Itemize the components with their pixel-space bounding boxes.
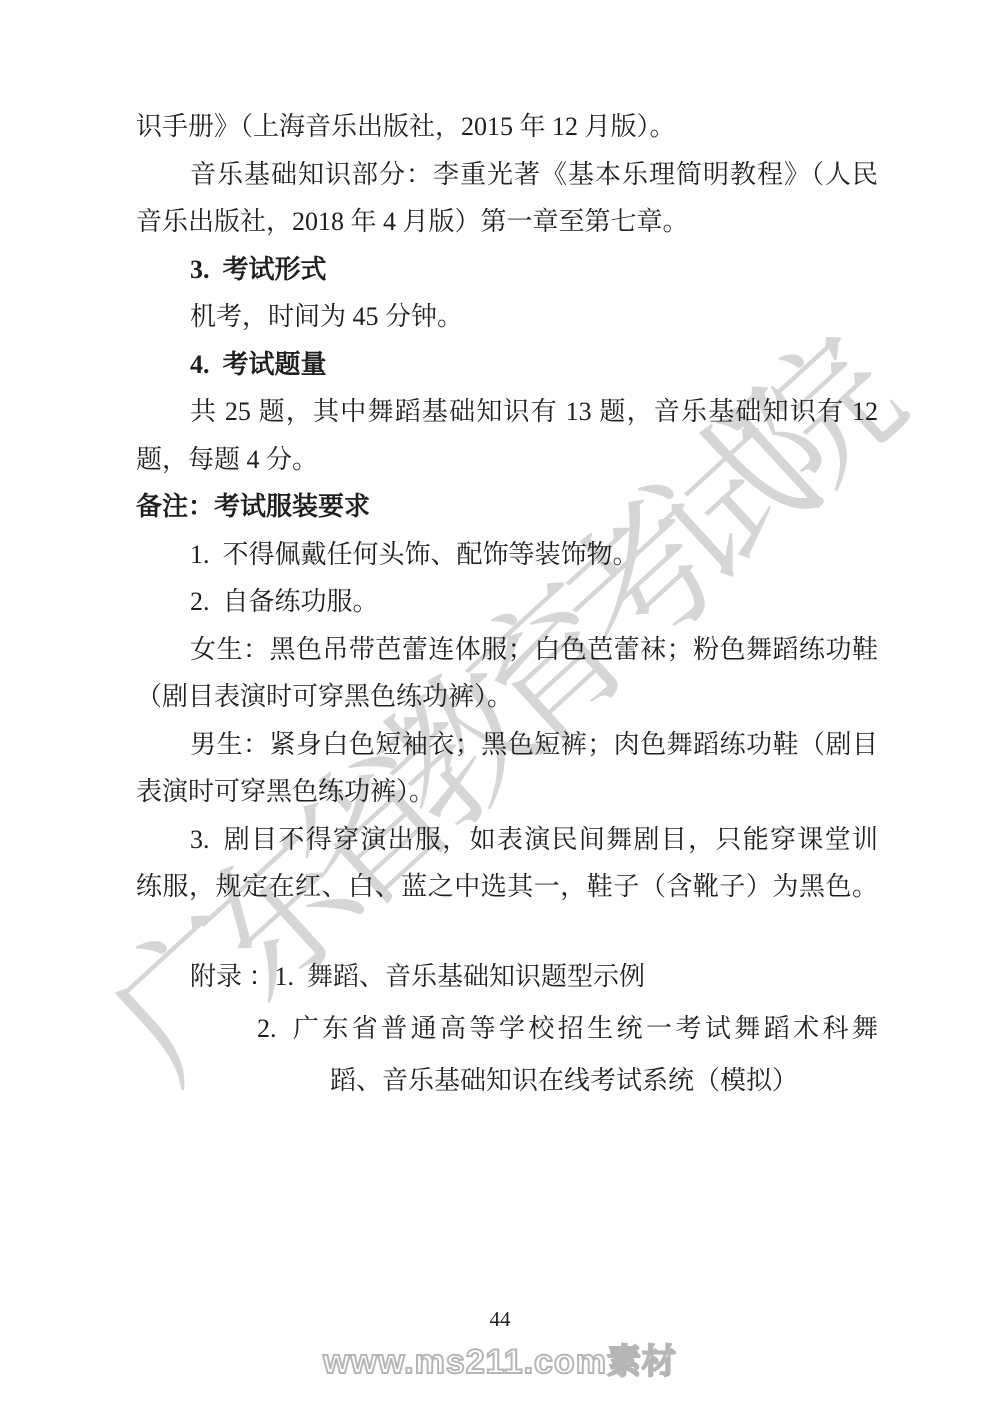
document-body: 识手册》（上海音乐出版社，2015 年 12 月版）。 音乐基础知识部分：李重光… <box>136 103 878 1107</box>
line-01: 识手册》（上海音乐出版社，2015 年 12 月版）。 <box>136 103 878 151</box>
line-11: 2. 自备练功服。 <box>136 578 878 626</box>
document-page: 广东省教育考试院 识手册》（上海音乐出版社，2015 年 12 月版）。 音乐基… <box>0 0 1000 1414</box>
line-08: 题，每题 4 分。 <box>136 436 878 484</box>
line-07: 共 25 题，其中舞蹈基础知识有 13 题，音乐基础知识有 12 <box>136 388 878 436</box>
line-03: 音乐出版社，2018 年 4 月版）第一章至第七章。 <box>136 198 878 246</box>
appendix-block: 附录 ：1. 舞蹈、音乐基础知识题型示例 2. 广东省普通高等学校招生统一考试舞… <box>136 951 878 1107</box>
line-13: （剧目表演时可穿黑色练功裤）。 <box>136 673 878 721</box>
line-16: 3. 剧目不得穿演出服，如表演民间舞剧目，只能穿课堂训 <box>136 816 878 864</box>
line-15: 表演时可穿黑色练功裤）。 <box>136 768 878 816</box>
line-14: 男生：紧身白色短袖衣；黑色短裤；肉色舞蹈练功鞋（剧目 <box>136 721 878 769</box>
appendix-line-2: 2. 广东省普通高等学校招生统一考试舞蹈术科舞 <box>136 1003 878 1055</box>
heading-dress-code: 备注：考试服装要求 <box>136 483 878 531</box>
appendix-line-3: 蹈、音乐基础知识在线考试系统（模拟） <box>136 1055 878 1107</box>
heading-exam-format: 3. 考试形式 <box>136 246 878 294</box>
paragraph-gap <box>136 911 878 951</box>
line-17: 练服，规定在红、白、蓝之中选其一，鞋子（含靴子）为黑色。 <box>136 863 878 911</box>
line-12: 女生：黑色吊带芭蕾连体服；白色芭蕾袜；粉色舞蹈练功鞋 <box>136 626 878 674</box>
line-02: 音乐基础知识部分：李重光著《基本乐理简明教程》（人民 <box>136 151 878 199</box>
site-watermark: www.ms211.com素材 <box>323 1334 677 1383</box>
line-10: 1. 不得佩戴任何头饰、配饰等装饰物。 <box>136 531 878 579</box>
line-05: 机考，时间为 45 分钟。 <box>136 293 878 341</box>
page-number: 44 <box>0 1307 1000 1332</box>
heading-question-count: 4. 考试题量 <box>136 341 878 389</box>
appendix-line-1: 附录 ：1. 舞蹈、音乐基础知识题型示例 <box>136 951 878 1003</box>
